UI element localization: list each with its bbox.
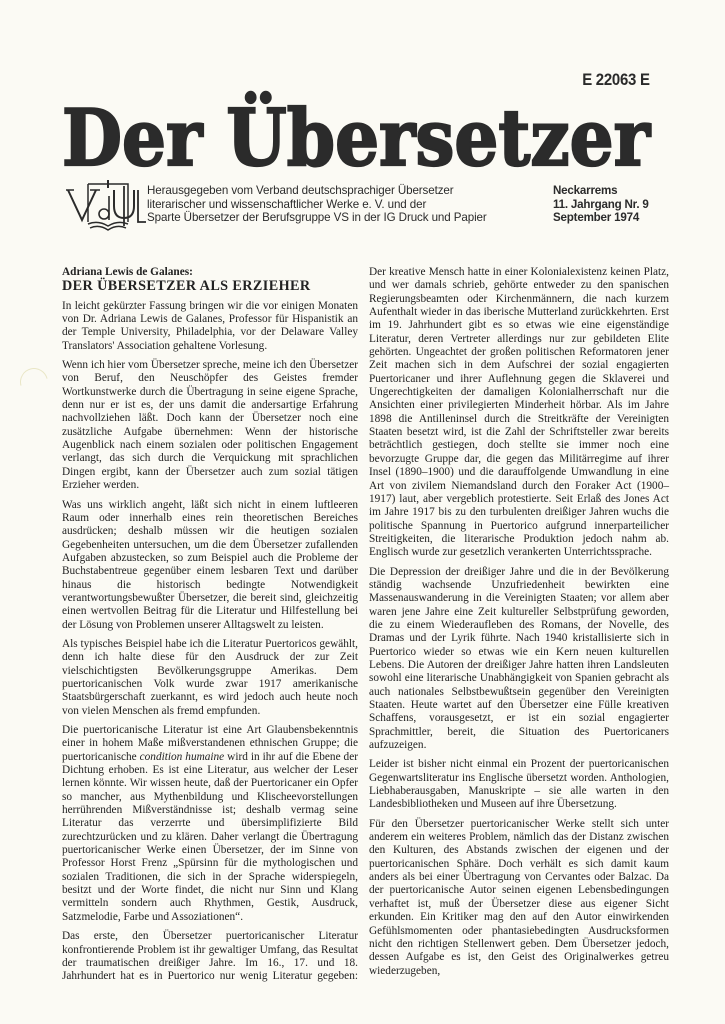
article-paragraph: Das erste, den Übersetzer puertoricanisc…: [62, 930, 358, 983]
article-intro: In leicht gekürzter Fassung bringen wir …: [62, 300, 358, 353]
issue-place: Neckarrems: [553, 184, 663, 198]
vdu-logo-icon: [66, 176, 152, 234]
article-paragraph: Der kreative Mensch hatte in einer Kolon…: [369, 266, 669, 560]
masthead-title-graphic: Der Übersetzer: [62, 83, 662, 173]
issue-date: September 1974: [553, 211, 663, 225]
masthead-title-text: Der Übersetzer: [62, 91, 651, 173]
publisher-info: Herausgegeben vom Verband deutschsprachi…: [147, 184, 537, 225]
article-paragraph: Wenn ich hier vom Übersetzer spreche, me…: [62, 359, 358, 492]
article-paragraph: Leider ist bisher nicht einmal ein Proze…: [369, 758, 669, 811]
article-column-right: Der kreative Mensch hatte in einer Kolon…: [369, 266, 669, 984]
margin-punch-mark: [15, 363, 53, 401]
article-paragraph: Als typisches Beispiel habe ich die Lite…: [62, 638, 358, 718]
paragraph-text: wird in ihr auf die Ebene der Dichtung e…: [62, 751, 358, 923]
article-paragraph: Die Depression der dreißiger Jahre und d…: [369, 566, 669, 753]
publisher-line: Herausgegeben vom Verband deutschsprachi…: [147, 184, 537, 198]
publisher-line: Sparte Übersetzer der Berufsgruppe VS in…: [147, 211, 537, 225]
newsletter-page: E 22063 E Der Übersetzer: [0, 0, 725, 1024]
article-paragraph: Für den Übersetzer puertoricanischer Wer…: [369, 818, 669, 978]
publisher-line: literarischer und wissenschaftlicher Wer…: [147, 198, 537, 212]
article-paragraph: Die puertoricanische Literatur ist eine …: [62, 724, 358, 924]
issue-meta: Neckarrems 11. Jahrgang Nr. 9 September …: [553, 184, 663, 225]
masthead-title: Der Übersetzer: [62, 83, 662, 173]
article-headline: DER ÜBERSETZER ALS ERZIEHER: [62, 280, 358, 293]
article-column-left: Adriana Lewis de Galanes: DER ÜBERSETZER…: [62, 266, 358, 990]
issue-volume: 11. Jahrgang Nr. 9: [553, 198, 663, 212]
article-paragraph: Was uns wirklich angeht, läßt sich nicht…: [62, 499, 358, 632]
italic-phrase: condition humaine: [140, 751, 225, 763]
